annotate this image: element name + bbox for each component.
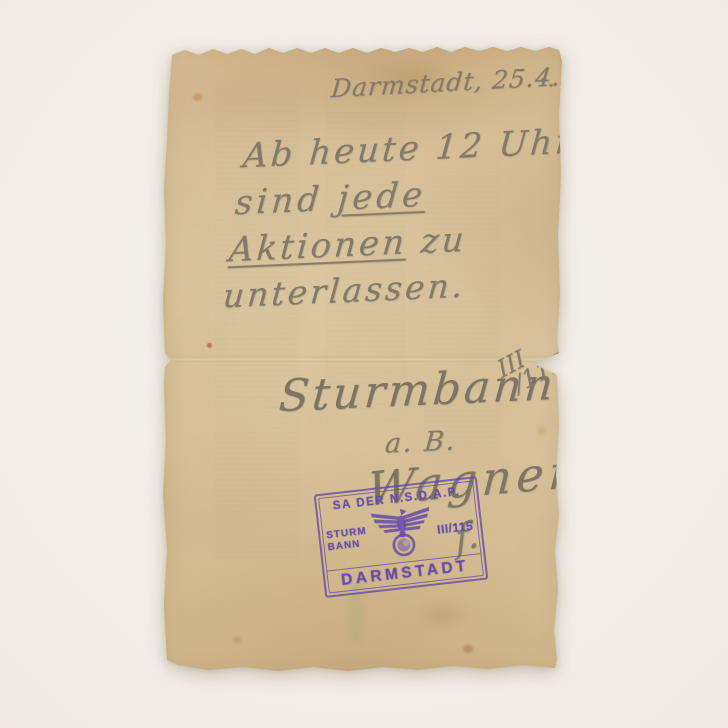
document-paper: Darmstadt, 25.4.33. Ab heute 12 Uhr sind…	[163, 45, 562, 672]
stain-spot	[463, 645, 473, 653]
stain-spot	[537, 427, 546, 435]
line-3-underlined-word: Aktionen	[228, 222, 409, 270]
stain-spot	[233, 637, 241, 643]
eagle-emblem-icon	[368, 503, 435, 560]
stamp-sturmbann-label: STURM BANN	[326, 525, 369, 553]
document-paper-wrapper: Darmstadt, 25.4.33. Ab heute 12 Uhr sind…	[163, 45, 562, 672]
stain-spot	[193, 93, 202, 101]
stain-spot	[415, 600, 471, 630]
line-2-underlined-word: jede	[336, 175, 428, 219]
stamp-unit-number: III/115	[436, 518, 474, 536]
photo-backdrop: Darmstadt, 25.4.33. Ab heute 12 Uhr sind…	[0, 0, 728, 728]
rubber-stamp: SA DER N.S.D.A.P. STURM BANN	[314, 476, 489, 598]
handwritten-line-2: sind jede	[234, 175, 428, 224]
stain-spot	[207, 343, 212, 348]
line-3-suffix: zu	[405, 220, 468, 263]
handwritten-unit-number: III/115	[495, 331, 567, 400]
rubber-stamp-inner-border: SA DER N.S.D.A.P. STURM BANN	[318, 480, 484, 593]
line-2-prefix: sind	[234, 179, 340, 224]
